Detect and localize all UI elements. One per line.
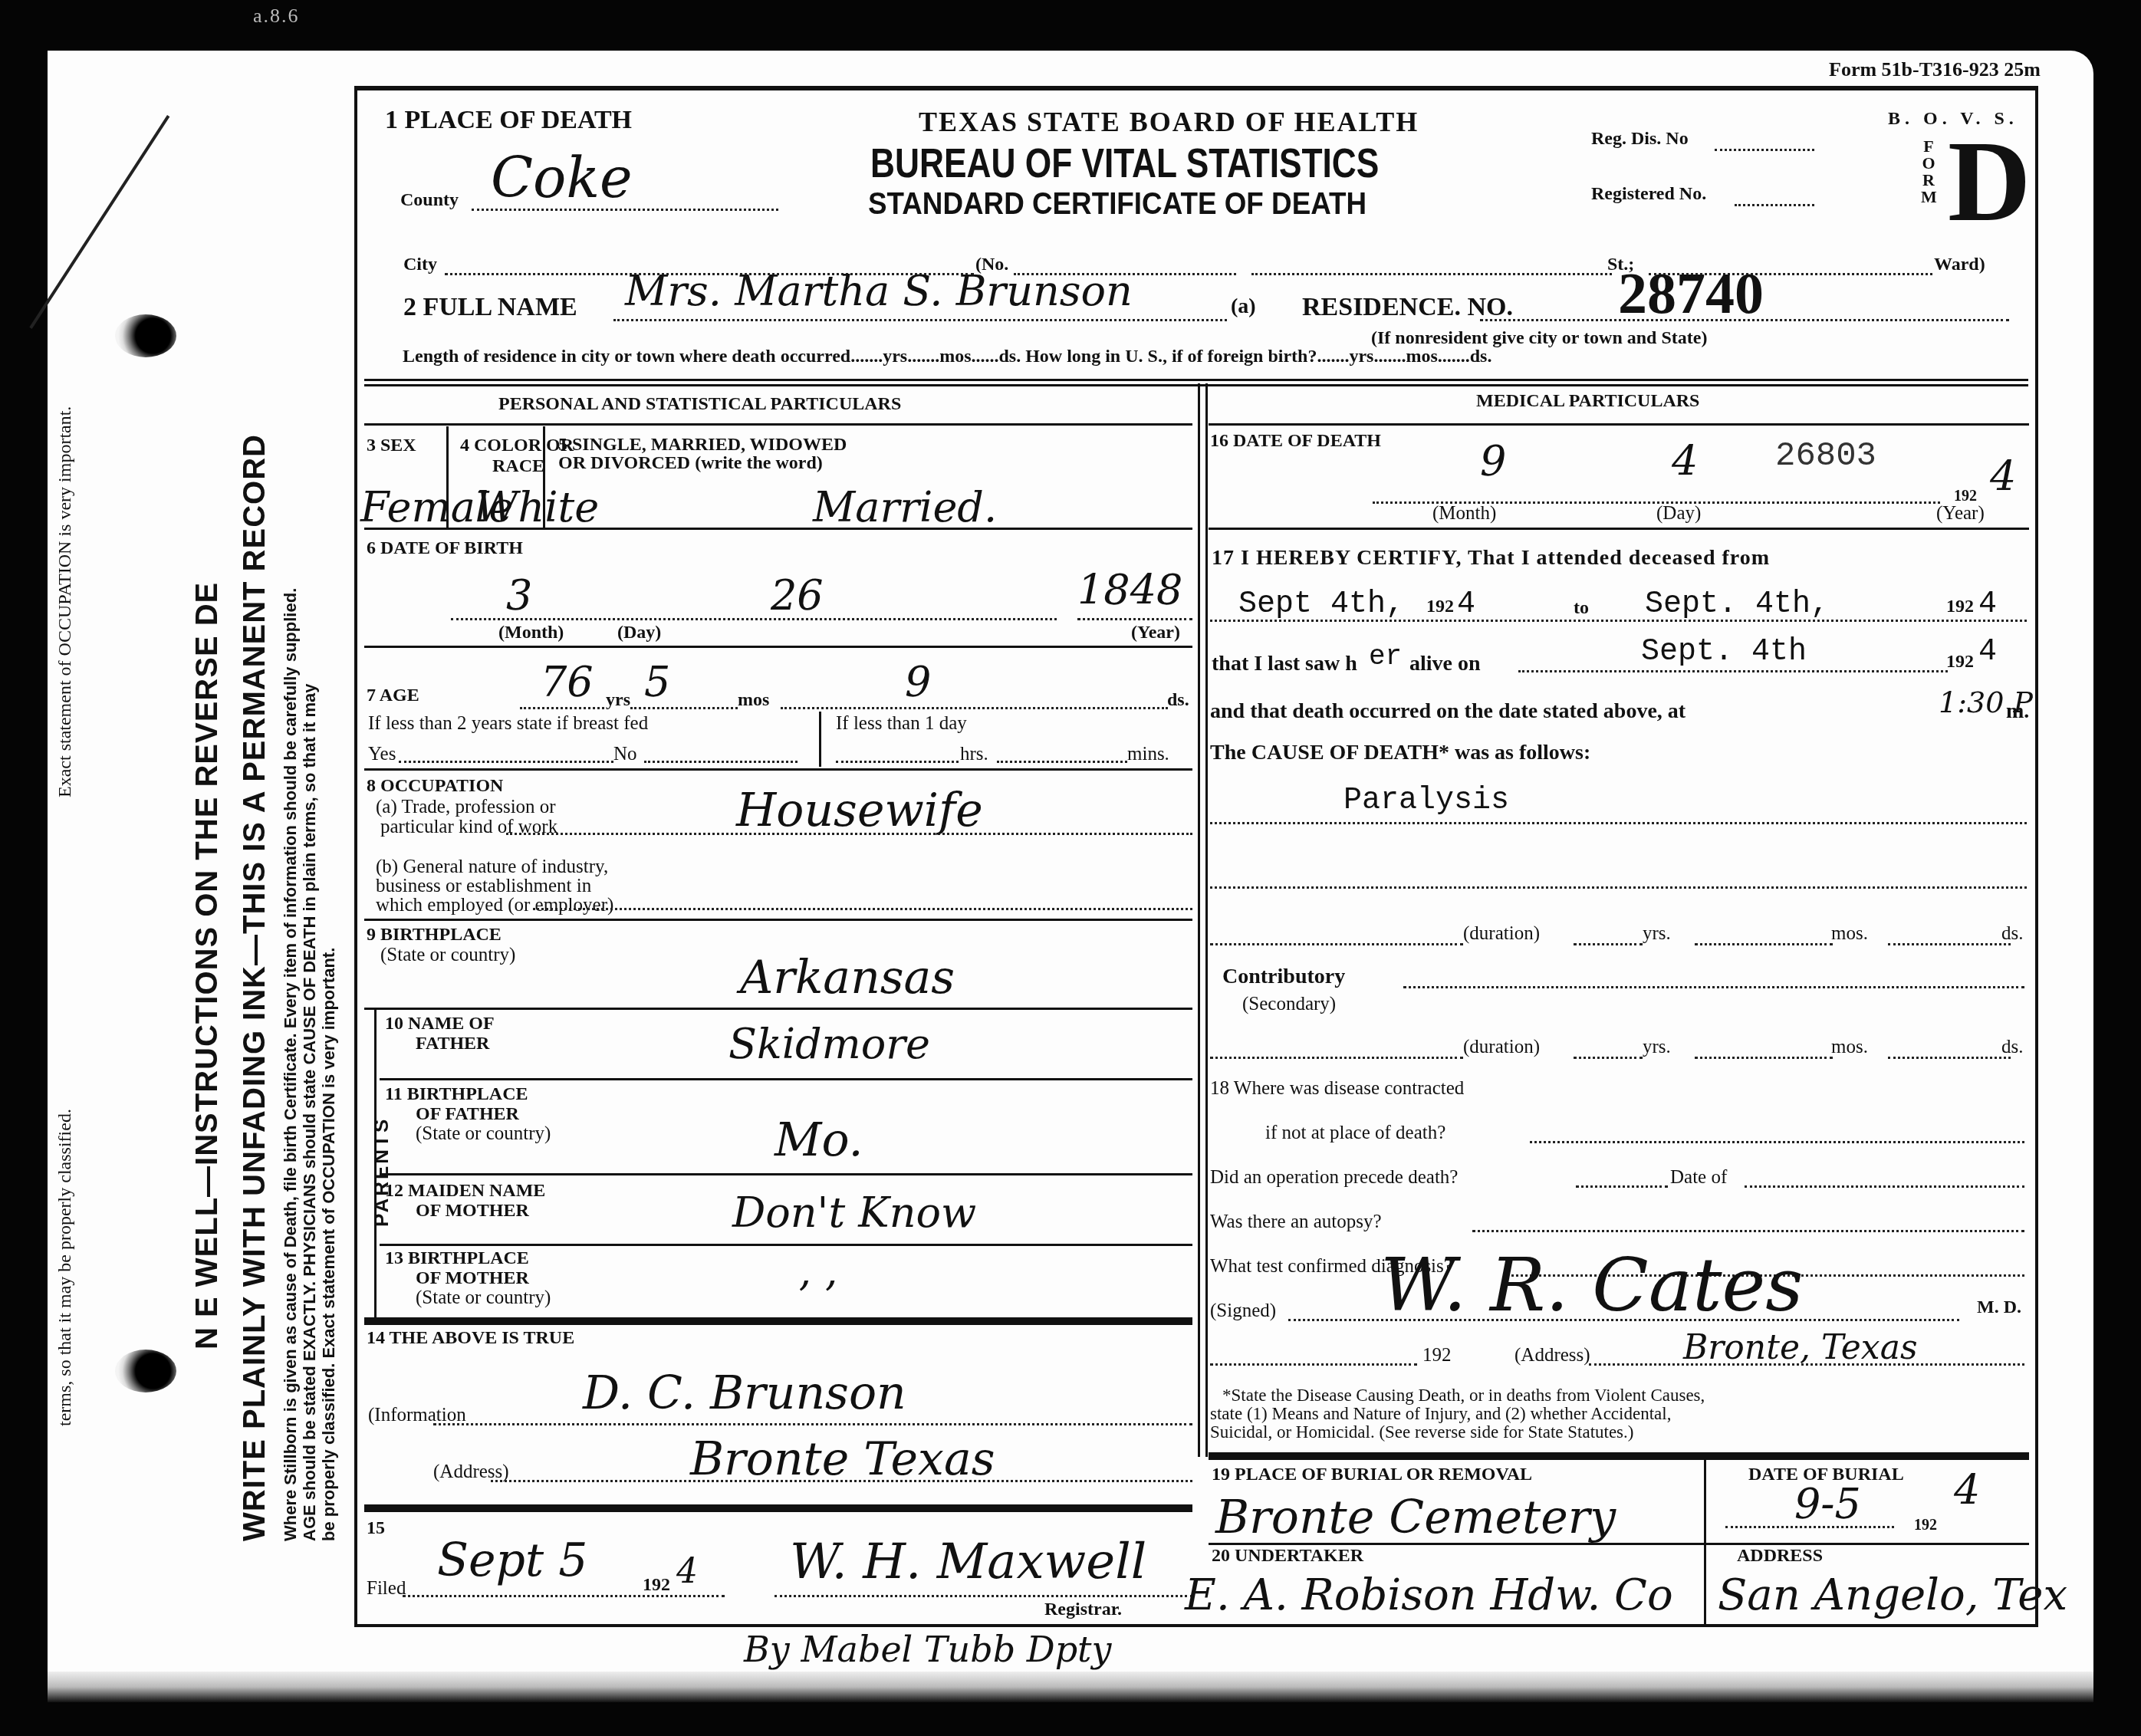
less-than-day-note: If less than 1 day [836,713,967,735]
duration-yrs-2: yrs. [1643,1037,1671,1058]
undertaker-label: 20 UNDERTAKER [1212,1546,1363,1567]
last-saw-date: Sept. 4th [1641,635,1807,669]
filed-year-suffix: 4 [676,1552,698,1591]
certify-statement: 17 I HEREBY CERTIFY, That I attended dec… [1212,546,1770,570]
nonresident-note: (If nonresident give city or town and St… [1371,328,1707,349]
mos-label: mos [738,690,769,711]
attended-to: Sept. 4th, [1645,587,1829,622]
father-birthplace-label: 11 BIRTHPLACEOF FATHER(State or country) [385,1084,551,1144]
hrs-label: hrs. [960,744,988,765]
duration-mos-2: mos. [1831,1037,1868,1058]
sex-label: 3 SEX [367,436,416,456]
paper-edge [48,1672,2093,1702]
father-name-label: 10 NAME OFFATHER [385,1014,495,1054]
dob-label: 6 DATE OF BIRTH [367,538,523,559]
occupation-b-label: (b) General nature of industry,business … [376,857,613,915]
duration-ds: ds. [2001,923,2023,945]
sig-year-label: 192 [1422,1345,1452,1366]
duration-label-2: (duration) [1463,1037,1540,1058]
margin-note-line: AGE should be stated EXACTLY. PHYSICIANS… [300,588,319,1541]
father-name-value: Skidmore [728,1020,930,1068]
burial-place-label: 19 PLACE OF BURIAL OR REMOVAL [1212,1465,1532,1485]
age-years: 76 [541,658,594,706]
margin-note-outer-2: Exact statement of OCCUPATION is very im… [55,406,76,797]
dod-label: 16 DATE OF DEATH [1210,431,1381,452]
residence-label: RESIDENCE. NO. [1302,293,1513,322]
last-saw-prefix: that I last saw h [1212,652,1357,676]
duration-yrs: yrs. [1643,923,1671,945]
birthplace-sublabel: (State or country) [380,945,515,966]
duration-label: (duration) [1463,923,1540,945]
mins-label: mins. [1127,744,1169,765]
dod-day: 4 [1672,437,1698,485]
item-15-label: 15 [367,1518,385,1539]
last-saw-pronoun: er [1369,641,1402,672]
secondary-label: (Secondary) [1242,994,1336,1015]
dod-month: 9 [1480,437,1506,485]
margin-stillborn-note: Where Stillborn is given as cause of Dea… [281,588,338,1541]
margin-permanent-record: WRITE PLAINLY WITH UNFADING INK—THIS IS … [238,434,272,1541]
informant-address-value: Bronte Texas [690,1432,995,1486]
filed-date: Sept 5 [437,1534,587,1587]
operation-label: Did an operation precede death? [1210,1167,1458,1189]
dob-day-caption: (Day) [617,623,661,643]
margin-note-line: be properly classified. Exact statement … [319,588,338,1541]
mother-name-value: Don't Know [732,1189,976,1237]
occupation-a-label: (a) Trade, profession orparticular kind … [376,797,557,837]
filed-year-prefix: 192 [643,1575,670,1596]
dod-month-caption: (Month) [1432,503,1496,524]
undertaker-address-value: San Angelo, Tex [1718,1570,2067,1620]
burial-date-value: 9-5 [1794,1480,1861,1528]
length-of-residence: Length of residence in city or town wher… [403,347,1491,367]
dob-month-caption: (Month) [498,623,564,643]
cause-of-death-label: The CAUSE OF DEATH* was as follows: [1210,741,1590,765]
ds-label: ds. [1167,690,1189,711]
dod-stamp: 26803 [1775,437,1876,475]
bureau-title: BUREAU OF VITAL STATISTICS [870,140,1379,187]
burial-year-suffix: 4 [1954,1466,1980,1514]
physician-address: Bronte, Texas [1683,1328,1918,1367]
certificate-number-stamp: 28740 [1618,261,1764,327]
dob-year-caption: (Year) [1131,623,1180,643]
a-marker: (a) [1231,294,1256,319]
duration-ds-2: ds. [2001,1037,2023,1058]
death-time-prefix: and that death occurred on the date stat… [1210,699,1686,724]
cause-footnote: *State the Disease Causing Death, or in … [1210,1386,1705,1442]
mother-name-label: 12 MAIDEN NAMEOF MOTHER [385,1181,545,1221]
registrar-label: Registrar. [1044,1600,1122,1620]
contributory-label: Contributory [1222,965,1345,989]
dob-month: 3 [506,571,532,620]
dob-day: 26 [771,571,824,620]
operation-date-label: Date of [1670,1167,1727,1189]
place-of-death-label: 1 PLACE OF DEATH [385,106,632,135]
dod-year-suffix: 4 [1990,452,2016,501]
mother-birthplace-label: 13 BIRTHPLACEOF MOTHER(State or country) [385,1248,551,1308]
reg-dis-label: Reg. Dis. No [1591,129,1689,150]
last-saw-year-prefix: 192 [1946,652,1974,672]
informant-value: D. C. Brunson [583,1366,906,1420]
birthplace-value: Arkansas [740,951,955,1004]
color-value: White [475,483,599,531]
attended-from-year: 4 [1457,587,1475,622]
city-label: City [403,255,437,275]
marital-label: 5 SINGLE, MARRIED, WIDOWEDOR DIVORCED (w… [558,436,847,472]
scan-marks: a.8.6 [253,5,300,28]
form-number: Form 51b-T316-923 25m [1829,58,2041,81]
form-vertical-letters: FORM [1921,138,1936,205]
contracted-label-2: if not at place of death? [1265,1123,1445,1144]
county-value: Coke [491,146,633,210]
medical-section-title: MEDICAL PARTICULARS [1476,391,1699,412]
no-label: No [613,744,637,765]
autopsy-label: Was there an autopsy? [1210,1212,1382,1233]
cause-of-death-value: Paralysis [1343,784,1509,818]
county-label: County [400,190,459,211]
filed-label: Filed [367,1578,406,1600]
burial-year-prefix: 192 [1914,1517,1937,1534]
duration-mos: mos. [1831,923,1868,945]
dod-day-caption: (Day) [1656,503,1701,524]
binder-hole-icon [115,1350,176,1392]
personal-section-title: PERSONAL AND STATISTICAL PARTICULARS [498,394,901,415]
birthplace-label: 9 BIRTHPLACE [367,925,502,945]
death-time-suffix: m. [2006,699,2029,724]
age-months: 5 [644,658,670,706]
informant-title: 14 THE ABOVE IS TRUE [367,1328,574,1349]
registrar-signature: W. H. Maxwell [790,1534,1146,1590]
undertaker-address-label: ADDRESS [1737,1546,1823,1567]
last-saw-suffix: alive on [1409,652,1481,676]
signed-label: (Signed) [1210,1300,1276,1322]
age-label: 7 AGE [367,686,419,706]
full-name-value: Mrs. Martha S. Brunson [625,267,1133,315]
margin-note-outer: terms, so that it may be properly classi… [55,1109,76,1426]
deputy-note: By Mabel Tubb Dpty [744,1629,1112,1670]
full-name-label: 2 FULL NAME [403,293,577,322]
mother-birthplace-value: ’ ’ [798,1273,837,1321]
registered-no-label: Registered No. [1591,184,1706,205]
contracted-label: 18 Where was disease contracted [1210,1078,1464,1100]
color-label: 4 COLOR ORRACE [460,436,574,477]
undertaker-value: E. A. Robison Hdw. Co [1185,1570,1673,1620]
dod-year-caption: (Year) [1936,503,1985,524]
md-label: M. D. [1977,1297,2021,1318]
attended-to-year-prefix: 192 [1946,597,1974,617]
father-birthplace-value: Mo. [775,1113,863,1167]
attended-to-year: 4 [1978,587,1997,622]
marital-value: Married. [813,483,997,531]
dob-year: 1848 [1077,566,1182,614]
form-d-letter: D [1948,132,2031,232]
binder-hole-icon [115,314,176,357]
yes-label: Yes [368,744,396,765]
certificate-title: STANDARD CERTIFICATE OF DEATH [868,187,1366,222]
breast-fed-note: If less than 2 years state if breast fed [368,713,648,735]
age-days: 9 [905,658,931,706]
yrs-label: yrs [606,690,630,711]
to-label: to [1574,598,1589,619]
physician-address-label: (Address) [1514,1345,1590,1366]
occupation-value: Housewife [736,784,983,837]
margin-instructions-heading: N E WELL—INSTRUCTIONS ON THE REVERSE DE [190,582,225,1350]
ward-label: Ward) [1934,255,1985,275]
occupation-label: 8 OCCUPATION [367,776,503,797]
burial-place-value: Bronte Cemetery [1215,1491,1616,1544]
attended-from: Sept 4th, [1238,587,1404,622]
agency-title: TEXAS STATE BOARD OF HEALTH [919,106,1419,138]
last-saw-year: 4 [1978,635,1997,669]
attended-from-year-prefix: 192 [1426,597,1454,617]
margin-note-line: Where Stillborn is given as cause of Dea… [281,588,300,1541]
physician-signature: W. R. Cates [1380,1242,1804,1328]
